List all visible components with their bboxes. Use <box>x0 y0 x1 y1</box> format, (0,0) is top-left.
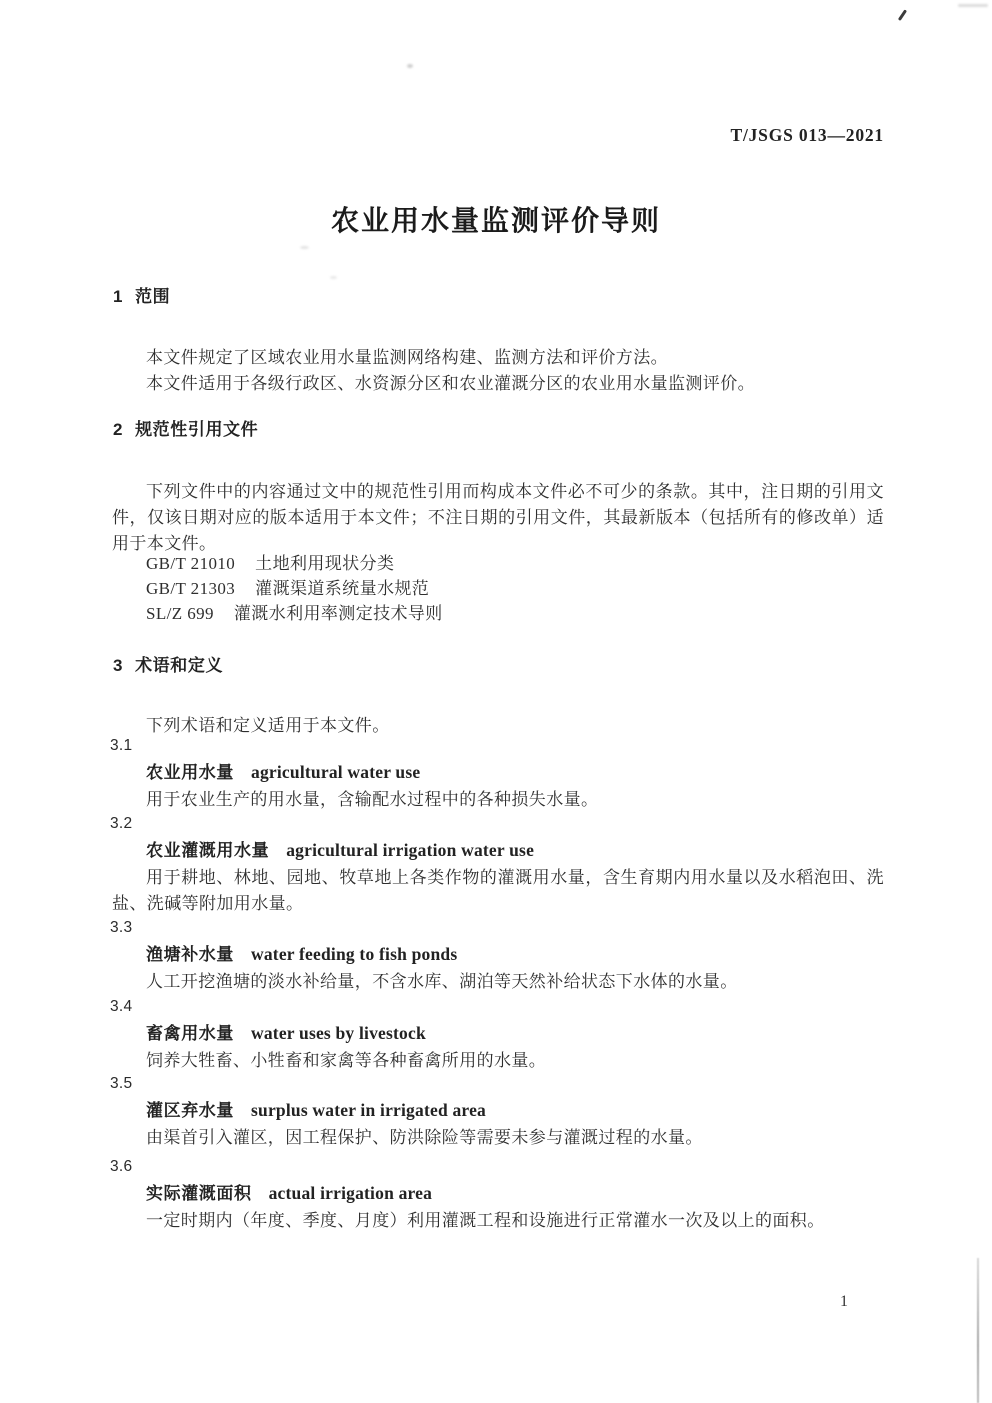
reference-title: 土地利用现状分类 <box>255 554 394 573</box>
term-en-label: agricultural irrigation water use <box>286 840 534 860</box>
term-definition: 一定时期内（年度、季度、月度）利用灌溉工程和设施进行正常灌水一次及以上的面积。 <box>112 1208 884 1234</box>
term-zh-label: 农业用水量 <box>146 763 234 782</box>
term-3-3: 3.3 渔塘补水量water feeding to fish ponds 人工开… <box>110 915 884 995</box>
scope-paragraph-1: 本文件规定了区域农业用水量监测网络构建、监测方法和评价方法。 <box>112 345 884 371</box>
term-number: 3.4 <box>110 994 884 1020</box>
term-definition: 人工开挖渔塘的淡水补给量，不含水库、湖泊等天然补给状态下水体的水量。 <box>112 969 884 995</box>
reference-code: GB/T 21010 <box>146 552 235 576</box>
term-heading: 农业用水量agricultural water use <box>110 759 884 787</box>
pen-tick-mark <box>898 9 907 20</box>
term-en-label: agricultural water use <box>251 762 420 782</box>
term-number: 3.2 <box>110 811 884 837</box>
term-en-label: actual irrigation area <box>269 1183 433 1203</box>
term-zh-label: 实际灌溉面积 <box>146 1184 252 1203</box>
term-number: 3.6 <box>110 1154 884 1180</box>
term-definition: 用于耕地、林地、园地、牧草地上各类作物的灌溉用水量，含生育期内用水量以及水稻泡田… <box>112 865 884 917</box>
term-en-label: water feeding to fish ponds <box>251 944 457 964</box>
term-number: 3.5 <box>110 1071 884 1097</box>
term-en-label: water uses by livestock <box>251 1023 426 1043</box>
term-en-label: surplus water in irrigated area <box>251 1100 486 1120</box>
document-title: 农业用水量监测评价导则 <box>0 204 992 238</box>
reference-item-2: GB/T 21303灌溉渠道系统量水规范 <box>146 577 429 601</box>
term-zh-label: 灌区弃水量 <box>146 1101 234 1120</box>
section-3-heading: 3术语和定义 <box>113 656 223 676</box>
scan-speck <box>407 64 413 68</box>
term-3-2: 3.2 农业灌溉用水量agricultural irrigation water… <box>110 811 884 917</box>
term-zh-label: 农业灌溉用水量 <box>146 841 269 860</box>
section-1-number: 1 <box>113 287 123 307</box>
scan-smudge <box>958 4 988 7</box>
section-2-heading: 2规范性引用文件 <box>113 420 258 440</box>
scan-speck <box>330 276 337 279</box>
section-1-heading: 1范围 <box>113 287 170 307</box>
term-definition: 由渠首引入灌区，因工程保护、防洪除险等需要未参与灌溉过程的水量。 <box>112 1125 884 1151</box>
term-zh-label: 渔塘补水量 <box>146 945 234 964</box>
term-3-5: 3.5 灌区弃水量surplus water in irrigated area… <box>110 1071 884 1151</box>
page-number: 1 <box>840 1292 848 1312</box>
term-heading: 畜禽用水量water uses by livestock <box>110 1020 884 1048</box>
term-number: 3.1 <box>110 733 884 759</box>
term-definition: 用于农业生产的用水量，含输配水过程中的各种损失水量。 <box>112 787 884 813</box>
reference-item-3: SL/Z 699灌溉水利用率测定技术导则 <box>146 602 443 626</box>
reference-code: SL/Z 699 <box>146 602 214 626</box>
reference-title: 灌溉渠道系统量水规范 <box>255 579 429 598</box>
term-heading: 渔塘补水量water feeding to fish ponds <box>110 941 884 969</box>
term-3-1: 3.1 农业用水量agricultural water use 用于农业生产的用… <box>110 733 884 813</box>
references-paragraph: 下列文件中的内容通过文中的规范性引用而构成本文件必不可少的条款。其中，注日期的引… <box>112 479 884 557</box>
reference-item-1: GB/T 21010土地利用现状分类 <box>146 552 394 576</box>
document-page: T/JSGS 013—2021 农业用水量监测评价导则 1范围 本文件规定了区域… <box>0 0 992 1403</box>
term-3-4: 3.4 畜禽用水量water uses by livestock 饲养大牲畜、小… <box>110 994 884 1074</box>
reference-title: 灌溉水利用率测定技术导则 <box>234 604 443 623</box>
term-zh-label: 畜禽用水量 <box>146 1024 234 1043</box>
term-3-6: 3.6 实际灌溉面积actual irrigation area 一定时期内（年… <box>110 1154 884 1234</box>
scan-speck <box>300 246 309 249</box>
scope-paragraph-2: 本文件适用于各级行政区、水资源分区和农业灌溉分区的农业用水量监测评价。 <box>112 371 884 397</box>
term-heading: 灌区弃水量surplus water in irrigated area <box>110 1097 884 1125</box>
reference-code: GB/T 21303 <box>146 577 235 601</box>
section-3-number: 3 <box>113 656 123 676</box>
section-2-title: 规范性引用文件 <box>135 420 258 439</box>
section-1-title: 范围 <box>135 287 170 306</box>
section-2-number: 2 <box>113 420 123 440</box>
term-number: 3.3 <box>110 915 884 941</box>
term-heading: 农业灌溉用水量agricultural irrigation water use <box>110 837 884 865</box>
term-heading: 实际灌溉面积actual irrigation area <box>110 1180 884 1208</box>
scan-edge-artifact <box>977 1258 979 1403</box>
document-code: T/JSGS 013—2021 <box>731 125 885 145</box>
section-3-title: 术语和定义 <box>135 656 223 675</box>
